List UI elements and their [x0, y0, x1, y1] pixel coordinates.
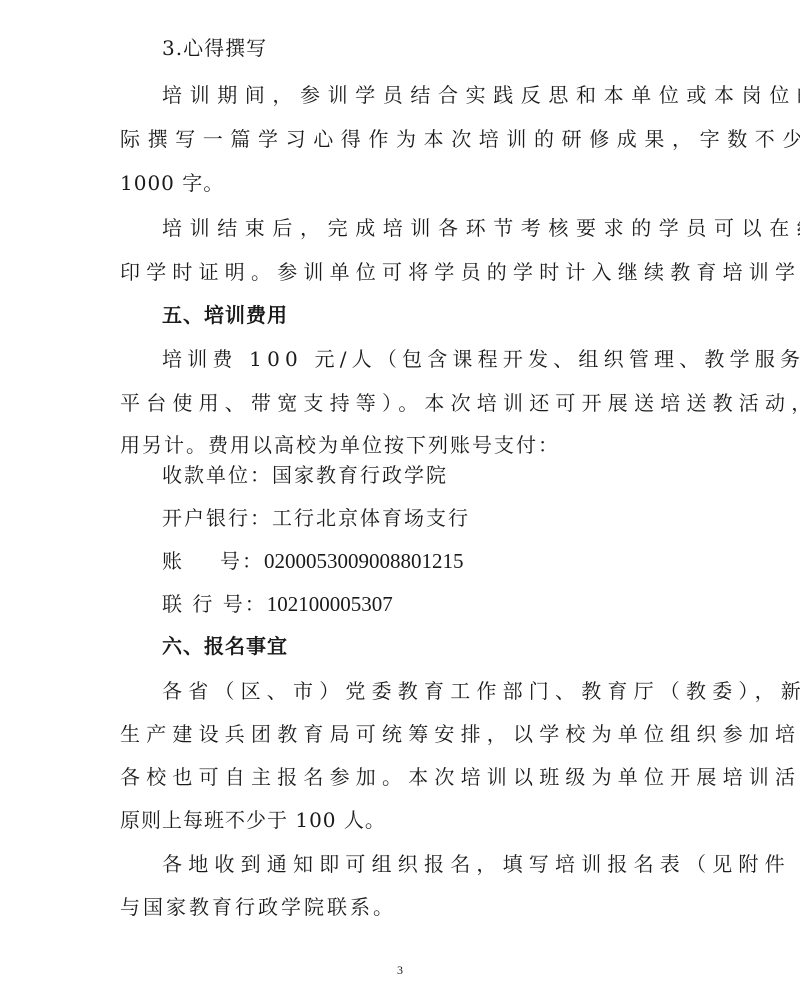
payee-value: 国家教育行政学院 [272, 463, 448, 487]
paragraph-line: 与国家教育行政学院联系。 [120, 895, 396, 919]
paragraph-line: 各校也可自主报名参加。本次培训以班级为单位开展培训活动， [120, 765, 800, 789]
paragraph-line: 原则上每班不少于 100 人。 [120, 808, 386, 832]
paragraph-line: 际撰写一篇学习心得作为本次培训的研修成果，字数不少于 [120, 127, 800, 151]
account-label-left: 账 [162, 549, 184, 573]
payee-label: 收款单位： [162, 463, 272, 487]
paragraph-line: 1000 字。 [120, 171, 224, 195]
subheading-reflection-writing: 3.心得撰写 [162, 36, 267, 60]
account-label-right: 号： [220, 549, 264, 573]
paragraph-line: 培训费 100 元/人（包含课程开发、组织管理、教学服务、 [162, 347, 800, 371]
paragraph-line: 各地收到通知即可组织报名，填写培训报名表（见附件 1）， [162, 852, 800, 876]
payee-row: 收款单位：国家教育行政学院 [162, 463, 448, 487]
section-heading-registration: 六、报名事宜 [162, 634, 288, 658]
bank-code-label: 联 行 号： [162, 592, 267, 616]
bank-row: 开户银行：工行北京体育场支行 [162, 506, 470, 530]
paragraph-line: 平台使用、带宽支持等）。本次培训还可开展送培送教活动，费 [120, 391, 800, 415]
section-heading-training-fees: 五、培训费用 [162, 303, 288, 327]
bank-label: 开户银行： [162, 506, 272, 530]
bank-value: 工行北京体育场支行 [272, 506, 470, 530]
paragraph-line: 用另计。费用以高校为单位按下列账号支付： [120, 433, 560, 457]
paragraph-line: 培训期间，参训学员结合实践反思和本单位或本岗位的实 [162, 83, 800, 107]
bank-code-row: 联 行 号：102100005307 [162, 592, 393, 616]
page-number: 3 [0, 963, 800, 978]
paragraph-line: 培训结束后，完成培训各环节考核要求的学员可以在线打 [162, 216, 800, 240]
paragraph-line: 各省（区、市）党委教育工作部门、教育厅（教委），新疆 [162, 679, 800, 703]
account-row: 账号：0200053009008801215 [162, 549, 464, 573]
paragraph-line: 生产建设兵团教育局可统筹安排，以学校为单位组织参加培训， [120, 722, 800, 746]
bank-code-number: 102100005307 [267, 592, 393, 616]
paragraph-line: 印学时证明。参训单位可将学员的学时计入继续教育培训学时。 [120, 260, 800, 284]
account-number: 0200053009008801215 [264, 549, 464, 573]
